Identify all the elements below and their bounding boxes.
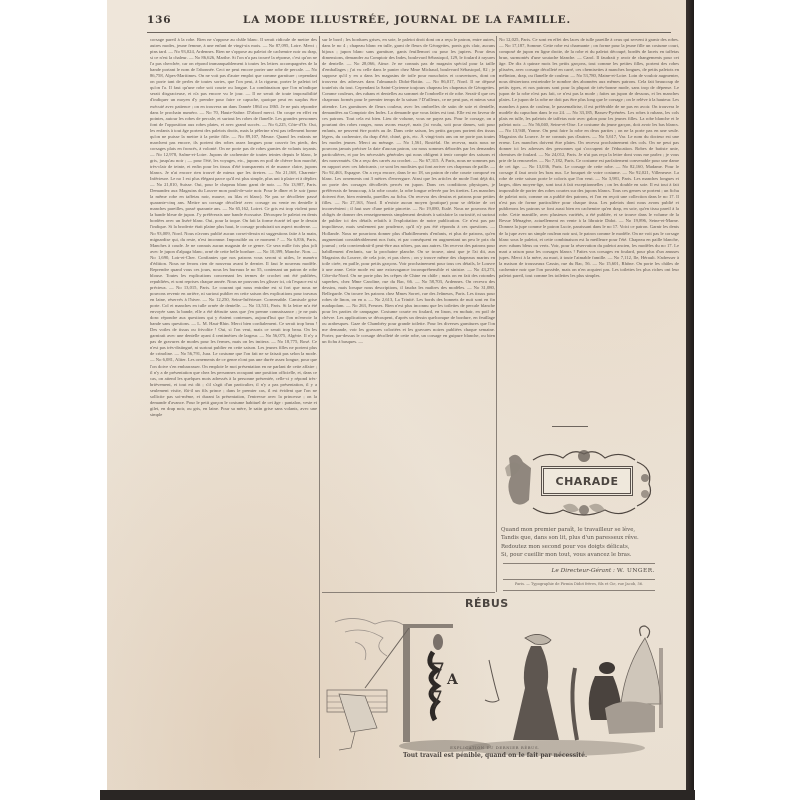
rebus-explanation-label: EXPLICATION DU DERNIER RÉBUS. <box>325 745 665 750</box>
header-rule <box>147 32 671 33</box>
column-1-text: corsage pareil à la robe. Rien ne s'oppo… <box>150 37 317 757</box>
rebus-illustration: 7 A 7 <box>325 608 665 763</box>
scan-edge-bottom <box>100 790 695 800</box>
charade-line: Quand mon premier paraît, le travailleur… <box>501 526 661 534</box>
signature-rule-top <box>503 563 655 564</box>
column-2-text: sur le bord ; les bordures grises, en so… <box>322 37 495 590</box>
charade-line: Redoutez mon second pour vos doigts déli… <box>501 543 661 551</box>
rebus-letter: A <box>447 672 458 688</box>
printer-rule-bottom <box>503 590 655 591</box>
rebus-engraving-icon <box>325 608 665 763</box>
printer-line: Paris. — Typographie de Firmin Didot frè… <box>503 582 655 586</box>
column-divider-1 <box>319 36 320 758</box>
signature-name: W. UNGER. <box>617 568 655 574</box>
signature-rule-bottom <box>503 579 655 580</box>
scan-edge-right <box>686 0 694 800</box>
column-2-end-rule <box>322 592 495 593</box>
column-divider-2 <box>496 36 497 592</box>
signature-label: Le Directeur-Gérant : <box>552 568 615 574</box>
charade-poem: Quand mon premier paraît, le travailleur… <box>501 526 661 559</box>
charade-line: Si, pour cueillir mon tout, vous avancez… <box>501 551 661 559</box>
column-3-text: No 12,025, Paris. Ce sont en effet des l… <box>499 37 679 401</box>
director-signature: Le Directeur-Gérant : W. UNGER. <box>503 568 655 574</box>
charade-line: Tandis que, dans son lit, plus d'un pare… <box>501 534 661 542</box>
charade-ornament: CHARADE <box>503 448 665 518</box>
page-header: 136 LA MODE ILLUSTRÉE, JOURNAL DE LA FAM… <box>147 14 667 28</box>
rebus-number-bottom: 7 <box>429 688 443 713</box>
section-separator <box>552 426 588 427</box>
rebus-explanation-text: Tout travail est pénible, quand on le fa… <box>325 752 665 759</box>
rebus-number-top: 7 <box>431 660 445 685</box>
newspaper-page: 136 LA MODE ILLUSTRÉE, JOURNAL DE LA FAM… <box>107 0 687 790</box>
charade-title: CHARADE <box>541 466 633 496</box>
journal-title: LA MODE ILLUSTRÉE, JOURNAL DE LA FAMILLE… <box>147 14 667 26</box>
